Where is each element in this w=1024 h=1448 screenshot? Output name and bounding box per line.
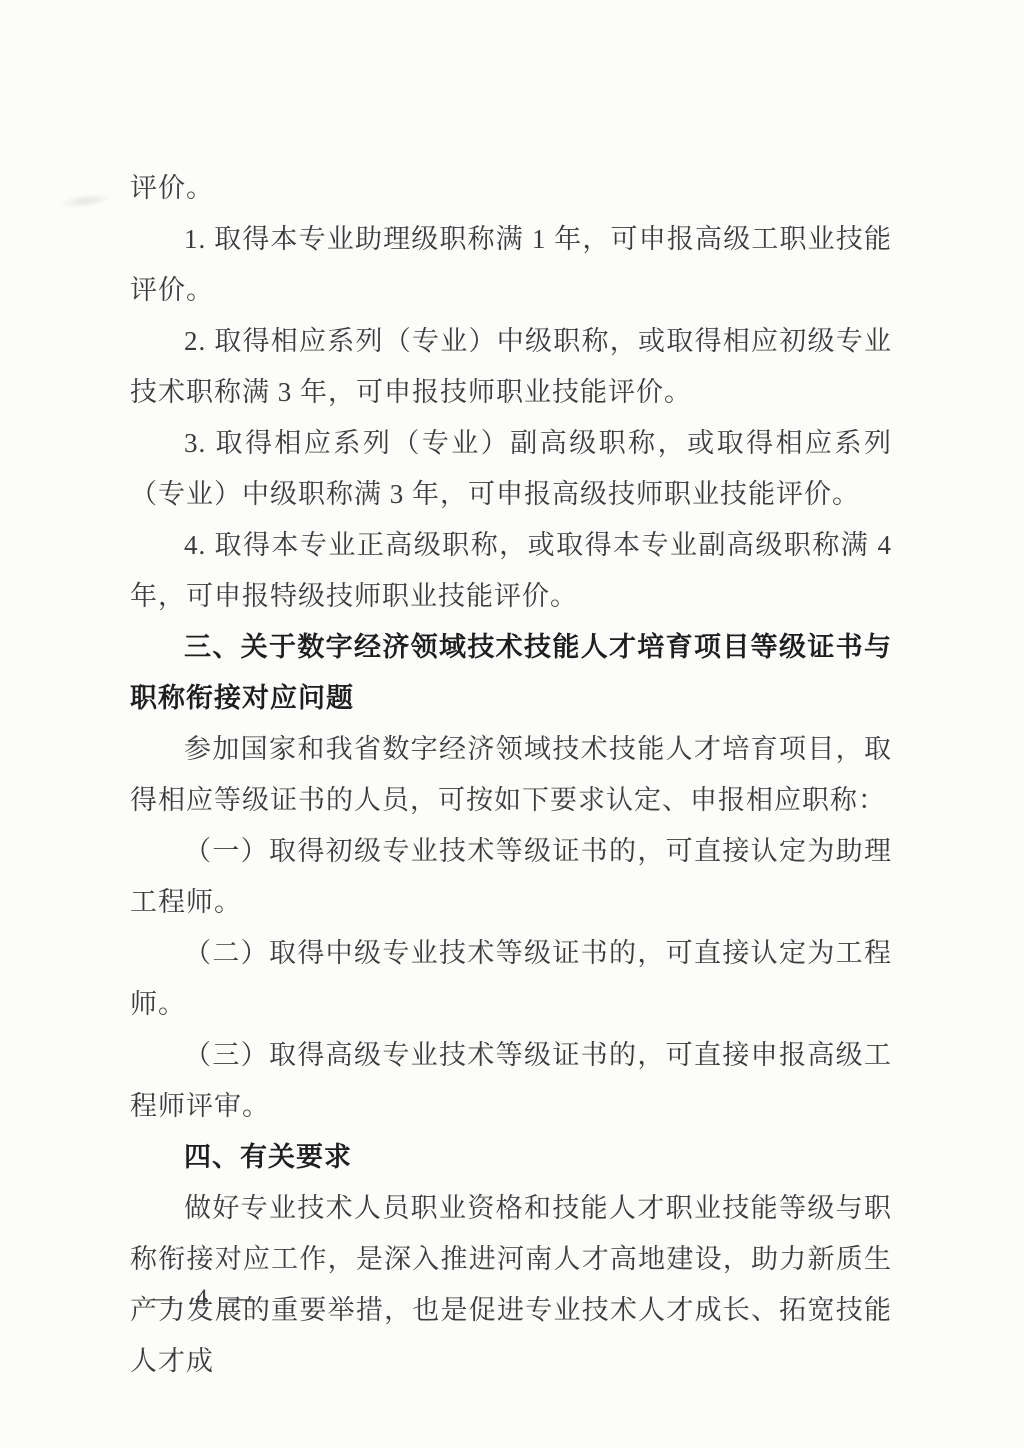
page-number: — 4 — [150,1283,255,1315]
numbered-item-2: 2. 取得相应系列（专业）中级职称，或取得相应初级专业技术职称满 3 年，可申报… [130,316,892,418]
document-body: 评价。 1. 取得本专业助理级职称满 1 年，可申报高级工职业技能评价。 2. … [130,163,892,1387]
section-heading-four: 四、有关要求 [130,1132,892,1183]
section-heading-three: 三、关于数字经济领域技术技能人才培育项目等级证书与职称衔接对应问题 [130,622,892,724]
numbered-item-1: 1. 取得本专业助理级职称满 1 年，可申报高级工职业技能评价。 [130,214,892,316]
list-item-er: （二）取得中级专业技术等级证书的，可直接认定为工程师。 [130,928,892,1030]
numbered-item-4: 4. 取得本专业正高级职称，或取得本专业副高级职称满 4 年，可申报特级技师职业… [130,520,892,622]
numbered-item-3: 3. 取得相应系列（专业）副高级职称，或取得相应系列（专业）中级职称满 3 年，… [130,418,892,520]
scanned-document-page: 评价。 1. 取得本专业助理级职称满 1 年，可申报高级工职业技能评价。 2. … [0,0,1024,1448]
paragraph-intro: 参加国家和我省数字经济领域技术技能人才培育项目，取得相应等级证书的人员，可按如下… [130,724,892,826]
paragraph-continuation: 评价。 [130,163,892,214]
list-item-san: （三）取得高级专业技术等级证书的，可直接申报高级工程师评审。 [130,1030,892,1132]
scan-smudge-artifact [57,190,112,211]
list-item-yi: （一）取得初级专业技术等级证书的，可直接认定为助理工程师。 [130,826,892,928]
